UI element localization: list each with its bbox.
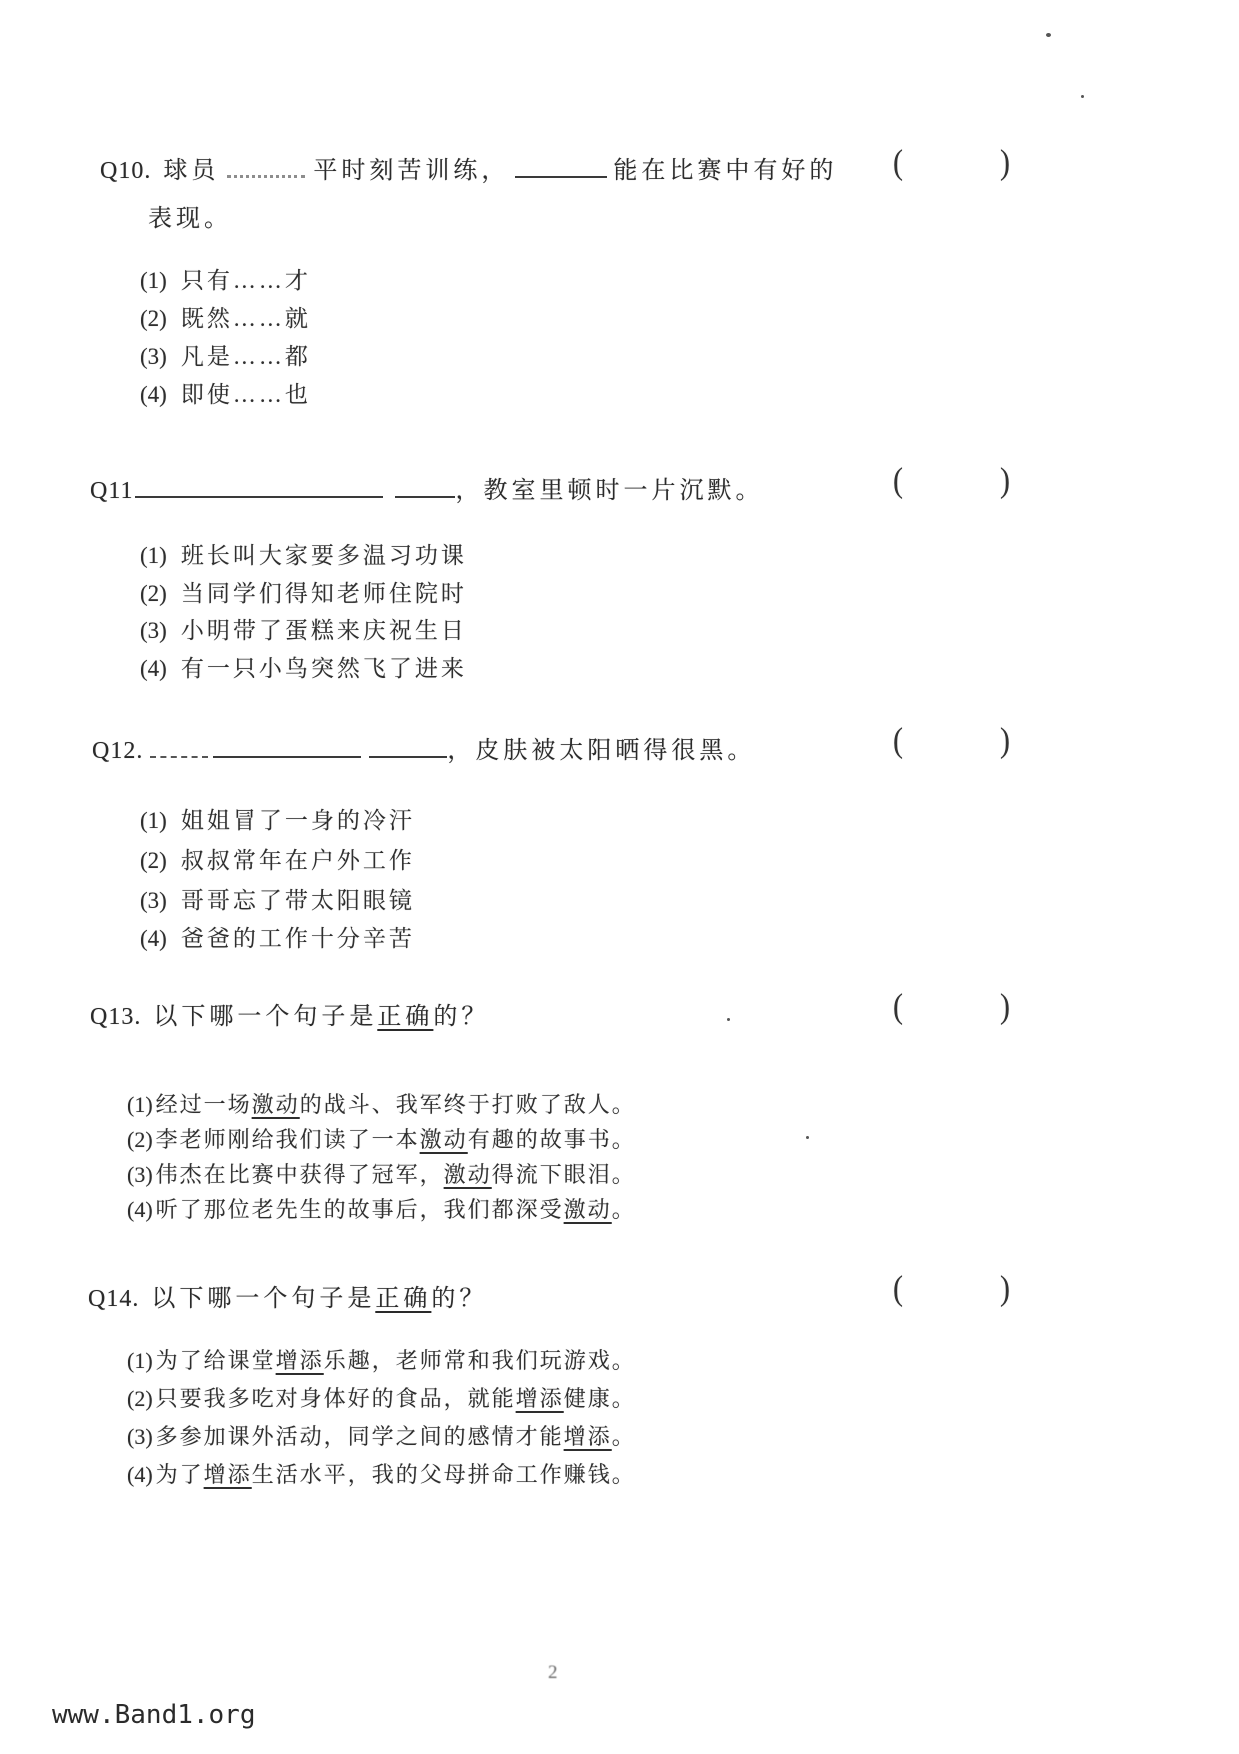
stem-text: 能在比赛中有好的 xyxy=(613,158,837,184)
option-row-q10-3: (3)凡是……都 xyxy=(140,338,311,371)
option-row-q12-1: (1)姐姐冒了一身的冷汗 xyxy=(140,802,415,835)
option-label: (3) xyxy=(127,1162,153,1187)
stem-text: 以下哪一个句子是 xyxy=(151,1286,375,1312)
option-label: (2) xyxy=(127,1127,153,1152)
question-number: Q11 xyxy=(90,478,133,504)
option-text: 乐趣，老师常和我们玩游戏。 xyxy=(324,1348,636,1373)
option-label: (1) xyxy=(140,268,167,293)
option-row-q10-4: (4)即使……也 xyxy=(140,376,311,409)
option-row-q14-2: (2)只要我多吃对身体好的食品，就能增添健康。 xyxy=(127,1382,636,1413)
option-underlined-word: 激动 xyxy=(420,1127,468,1152)
option-label: (2) xyxy=(127,1386,153,1411)
option-label: (4) xyxy=(140,926,167,951)
option-text: 只有……才 xyxy=(181,268,311,293)
option-label: (2) xyxy=(140,848,167,873)
option-text: 有一只小鸟突然飞了进来 xyxy=(181,656,467,681)
option-label: (4) xyxy=(127,1462,153,1487)
option-label: (1) xyxy=(140,543,167,568)
answer-bracket-open-q10: ( xyxy=(893,143,903,182)
option-label: (4) xyxy=(140,382,167,407)
option-underlined-word: 激动 xyxy=(564,1197,612,1222)
stem-text: 的？ xyxy=(431,1286,487,1312)
stem-underlined-word: 正确 xyxy=(375,1286,431,1312)
question-number: Q14. xyxy=(88,1286,139,1312)
answer-bracket-close-q11: ) xyxy=(1000,461,1010,500)
option-text: 。 xyxy=(612,1197,636,1222)
option-row-q13-3: (3)伟杰在比赛中获得了冠军，激动得流下眼泪。 xyxy=(127,1158,636,1189)
option-text: 爸爸的工作十分辛苦 xyxy=(181,926,415,951)
option-text: 只要我多吃对身体好的食品，就能 xyxy=(156,1386,516,1411)
option-text: 为了给课堂 xyxy=(156,1348,276,1373)
option-label: (3) xyxy=(140,888,167,913)
answer-bracket-open-q12: ( xyxy=(893,721,903,760)
question-stem-q14: Q14.以下哪一个句子是正确的？ xyxy=(88,1278,487,1313)
option-underlined-word: 增添 xyxy=(516,1386,564,1411)
option-text: 姐姐冒了一身的冷汗 xyxy=(181,808,415,833)
question-stem-q12: Q12.，皮肤被太阳晒得很黑。 xyxy=(92,730,755,765)
option-text: 有趣的故事书。 xyxy=(468,1127,636,1152)
option-text: 当同学们得知老师住院时 xyxy=(181,581,467,606)
stem-text: ，教室里顿时一片沉默。 xyxy=(455,478,763,504)
option-underlined-word: 增添 xyxy=(204,1462,252,1487)
option-row-q11-2: (2)当同学们得知老师住院时 xyxy=(140,575,467,608)
stem-underlined-word: 正确 xyxy=(377,1004,433,1030)
stem-text: 球员 xyxy=(163,158,219,184)
blank-line xyxy=(369,752,447,758)
answer-bracket-close-q12: ) xyxy=(1000,721,1010,760)
page-number: 2 xyxy=(548,1662,558,1684)
option-text: 班长叫大家要多温习功课 xyxy=(181,543,467,568)
option-label: (1) xyxy=(127,1348,153,1373)
option-row-q13-4: (4)听了那位老先生的故事后，我们都深受激动。 xyxy=(127,1193,636,1224)
option-text: 李老师刚给我们读了一本 xyxy=(156,1127,420,1152)
option-row-q12-2: (2)叔叔常年在户外工作 xyxy=(140,842,415,875)
option-underlined-word: 激动 xyxy=(252,1092,300,1117)
option-text: 健康。 xyxy=(564,1386,636,1411)
question-stem-q13: Q13.以下哪一个句子是正确的？ xyxy=(90,996,489,1031)
question-number: Q12. xyxy=(92,738,143,764)
question-stem-q10-line1: Q10.球员平时刻苦训练，能在比赛中有好的 xyxy=(100,150,837,185)
option-underlined-word: 激动 xyxy=(444,1162,492,1187)
option-text: 为了 xyxy=(156,1462,204,1487)
option-text: 多参加课外活动，同学之间的感情才能 xyxy=(156,1424,564,1449)
option-text: 听了那位老先生的故事后，我们都深受 xyxy=(156,1197,564,1222)
option-row-q11-4: (4)有一只小鸟突然飞了进来 xyxy=(140,650,467,683)
option-row-q13-2: (2)李老师刚给我们读了一本激动有趣的故事书。 xyxy=(127,1123,636,1154)
stem-text: 平时刻苦训练， xyxy=(313,158,509,184)
answer-bracket-close-q10: ) xyxy=(1000,143,1010,182)
question-stem-q10-line2: 表现。 xyxy=(148,198,232,233)
blank-line xyxy=(515,172,607,178)
option-underlined-word: 增添 xyxy=(564,1424,612,1449)
option-row-q11-1: (1)班长叫大家要多温习功课 xyxy=(140,537,467,570)
stem-text: 以下哪一个句子是 xyxy=(153,1004,377,1030)
blank-line xyxy=(227,171,305,178)
option-text: 伟杰在比赛中获得了冠军， xyxy=(156,1162,444,1187)
answer-bracket-open-q14: ( xyxy=(893,1269,903,1308)
option-label: (3) xyxy=(127,1424,153,1449)
option-row-q11-3: (3)小明带了蛋糕来庆祝生日 xyxy=(140,612,467,645)
option-label: (3) xyxy=(140,618,167,643)
option-text: 凡是……都 xyxy=(181,344,311,369)
option-text: 得流下眼泪。 xyxy=(492,1162,636,1187)
option-text: 生活水平，我的父母拼命工作赚钱。 xyxy=(252,1462,636,1487)
scan-speck xyxy=(806,1136,809,1139)
blank-line xyxy=(213,752,361,758)
option-underlined-word: 增添 xyxy=(276,1348,324,1373)
option-text: 小明带了蛋糕来庆祝生日 xyxy=(181,618,467,643)
option-row-q12-3: (3)哥哥忘了带太阳眼镜 xyxy=(140,882,415,915)
option-label: (2) xyxy=(140,581,167,606)
option-text: 的战斗、我军终于打败了敌人。 xyxy=(300,1092,636,1117)
answer-bracket-close-q14: ) xyxy=(1000,1269,1010,1308)
option-row-q14-3: (3)多参加课外活动，同学之间的感情才能增添。 xyxy=(127,1420,636,1451)
scanned-exam-page: Q10.球员平时刻苦训练，能在比赛中有好的 表现。 ( ) (1)只有……才 (… xyxy=(0,0,1239,1754)
blank-line xyxy=(135,492,383,498)
option-row-q10-1: (1)只有……才 xyxy=(140,262,311,295)
option-text: 哥哥忘了带太阳眼镜 xyxy=(181,888,415,913)
option-row-q14-1: (1)为了给课堂增添乐趣，老师常和我们玩游戏。 xyxy=(127,1344,636,1375)
stem-text: 的？ xyxy=(433,1004,489,1030)
option-label: (4) xyxy=(140,656,167,681)
answer-bracket-open-q13: ( xyxy=(893,987,903,1026)
option-text: 经过一场 xyxy=(156,1092,252,1117)
option-row-q14-4: (4)为了增添生活水平，我的父母拼命工作赚钱。 xyxy=(127,1458,636,1489)
blank-line xyxy=(395,492,455,498)
option-row-q10-2: (2)既然……就 xyxy=(140,300,311,333)
answer-bracket-open-q11: ( xyxy=(893,461,903,500)
stem-text: ，皮肤被太阳晒得很黑。 xyxy=(447,738,755,764)
option-text: 叔叔常年在户外工作 xyxy=(181,848,415,873)
option-label: (4) xyxy=(127,1197,153,1222)
scan-speck xyxy=(1081,95,1084,98)
scan-speck xyxy=(1046,33,1051,37)
option-label: (3) xyxy=(140,344,167,369)
option-label: (1) xyxy=(140,808,167,833)
question-stem-q11: Q11，教室里顿时一片沉默。 xyxy=(90,470,763,505)
footer-url: www.Band1.org xyxy=(52,1700,256,1730)
option-label: (1) xyxy=(127,1092,153,1117)
option-label: (2) xyxy=(140,306,167,331)
option-text: 既然……就 xyxy=(181,306,311,331)
scan-speck xyxy=(727,1018,730,1021)
blank-line xyxy=(150,752,208,758)
option-row-q12-4: (4)爸爸的工作十分辛苦 xyxy=(140,920,415,953)
question-number: Q13. xyxy=(90,1004,141,1030)
option-text: 。 xyxy=(612,1424,636,1449)
answer-bracket-close-q13: ) xyxy=(1000,987,1010,1026)
option-row-q13-1: (1)经过一场激动的战斗、我军终于打败了敌人。 xyxy=(127,1088,636,1119)
question-number: Q10. xyxy=(100,158,151,184)
option-text: 即使……也 xyxy=(181,382,311,407)
